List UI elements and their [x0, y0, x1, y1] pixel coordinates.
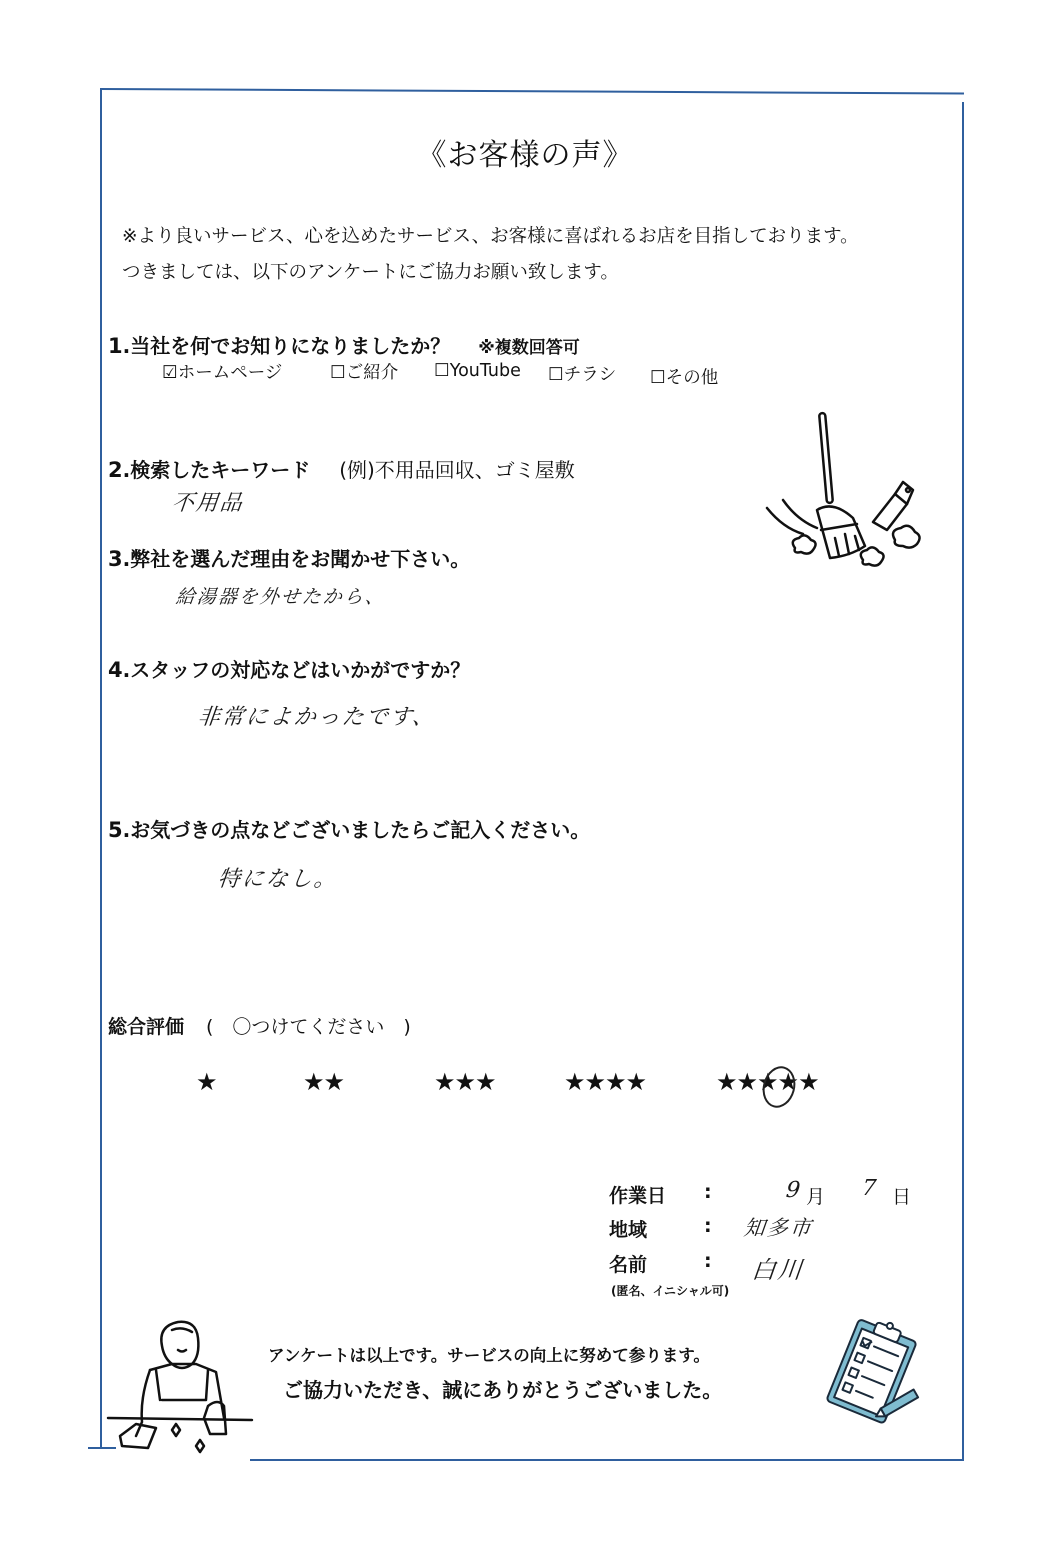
option-label: ご紹介	[346, 363, 399, 383]
closing-line-1: アンケートは以上です。サービスの向上に努めて参ります。	[268, 1342, 710, 1366]
checkbox-icon[interactable]: ☐	[650, 368, 666, 388]
month-unit: 月	[806, 1182, 825, 1209]
question-label: .検索したキーワード	[123, 458, 311, 482]
answer-reason[interactable]: 給湯器を外せたから、	[175, 582, 388, 609]
answer-keyword[interactable]: 不用品	[170, 486, 245, 517]
question-label: .お気づきの点などございましたらご記入ください。	[123, 818, 591, 842]
question-number: 5	[108, 818, 123, 842]
question-number: 4	[108, 658, 123, 682]
question-number: 2	[108, 458, 123, 482]
overall-rating-label: 総合評価( 〇つけてください )	[108, 1012, 411, 1039]
checkbox-icon[interactable]: ☐	[434, 361, 450, 381]
question-5: 5.お気づきの点などございましたらご記入ください。	[108, 814, 590, 843]
question-2: 2.検索したキーワード (例)不用品回収、ゴミ屋敷	[108, 454, 575, 483]
day-unit: 日	[892, 1182, 911, 1209]
work-date-label: 作業日	[609, 1181, 666, 1208]
rating-3-stars[interactable]: ★★★	[434, 1068, 496, 1096]
rating-2-stars[interactable]: ★★	[303, 1068, 344, 1096]
work-day-value[interactable]: 7	[861, 1176, 880, 1201]
question-1: 1.当社を何でお知りになりましたか？※複数回答可	[108, 330, 580, 359]
colon: :	[704, 1215, 712, 1237]
rating-instruction: ( 〇つけてください )	[206, 1016, 411, 1038]
answer-comments[interactable]: 特になし。	[216, 862, 339, 893]
question-3: 3.弊社を選んだ理由をお聞かせ下さい。	[108, 543, 470, 572]
option-youtube[interactable]: ☐YouTube	[434, 361, 521, 381]
colon: :	[704, 1181, 712, 1203]
question-label: .弊社を選んだ理由をお聞かせ下さい。	[123, 547, 471, 571]
keyword-example: (例)不用品回収、ゴミ屋敷	[339, 458, 575, 482]
checkbox-checked-icon[interactable]: ☑	[162, 363, 178, 383]
clipboard-checklist-icon	[818, 1318, 928, 1428]
answer-staff[interactable]: 非常によかったです、	[196, 700, 438, 731]
colon: :	[704, 1250, 712, 1272]
broom-dustpan-icon	[755, 410, 930, 580]
option-referral[interactable]: ☐ご紹介	[330, 359, 398, 384]
name-label: 名前	[609, 1250, 647, 1277]
frame-border-left	[100, 88, 102, 1448]
checkbox-icon[interactable]: ☐	[548, 365, 564, 385]
question-label: .スタッフの対応などはいかがですか？	[123, 658, 471, 682]
option-label: ホームページ	[178, 363, 283, 383]
question-label: .当社を何でお知りになりましたか？	[123, 334, 451, 358]
intro-line-1: ※より良いサービス、心を込めたサービス、お客様に喜ばれるお店を目指しております。	[122, 222, 859, 248]
option-homepage[interactable]: ☑ホームページ	[162, 359, 282, 384]
frame-border-bottom-right	[250, 1459, 964, 1461]
closing-line-2: ご協力いただき、誠にありがとうございました。	[283, 1374, 722, 1403]
frame-border-top	[100, 88, 964, 95]
name-value[interactable]: 白川	[750, 1250, 806, 1285]
region-value[interactable]: 知多市	[742, 1212, 814, 1242]
page-title: 《お客様の声》	[0, 130, 1050, 174]
option-other[interactable]: ☐その他	[650, 364, 718, 389]
rating-title: 総合評価	[108, 1016, 184, 1038]
question-4: 4.スタッフの対応などはいかがですか？	[108, 654, 470, 683]
multiple-answer-note: ※複数回答可	[478, 338, 580, 358]
option-flyer[interactable]: ☐チラシ	[548, 361, 616, 386]
rating-4-stars[interactable]: ★★★★	[564, 1068, 646, 1096]
rating-1-star[interactable]: ★	[196, 1068, 217, 1096]
checkbox-icon[interactable]: ☐	[330, 363, 346, 383]
intro-line-2: つきましては、以下のアンケートにご協力お願い致します。	[122, 258, 619, 284]
frame-border-right	[962, 102, 964, 1460]
person-cleaning-icon	[100, 1318, 260, 1458]
question-number: 3	[108, 547, 123, 571]
anonymous-note: (匿名、イニシャル可)	[611, 1282, 729, 1299]
option-label: YouTube	[450, 361, 521, 381]
option-label: チラシ	[564, 365, 617, 385]
question-number: 1	[108, 334, 123, 358]
work-month-value[interactable]: 9	[785, 1178, 804, 1203]
option-label: その他	[666, 368, 719, 388]
region-label: 地域	[609, 1215, 647, 1242]
